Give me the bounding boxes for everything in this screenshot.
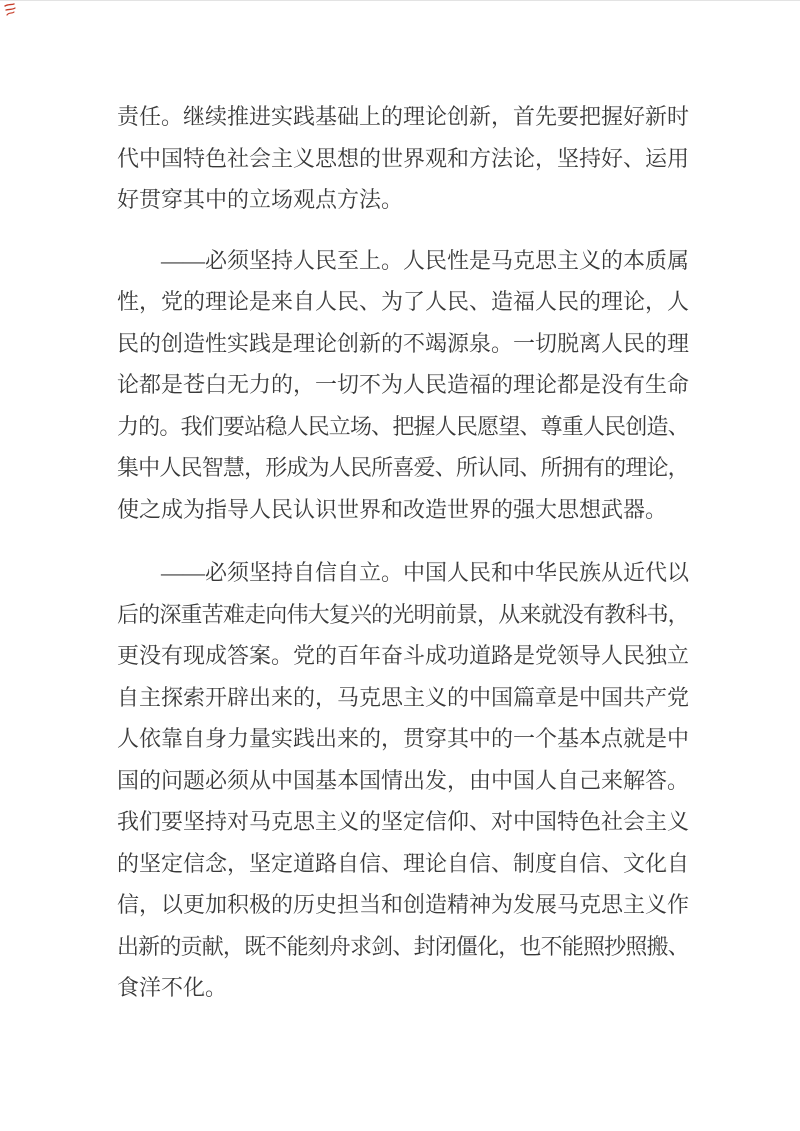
text-line: 自主探索开辟出来的，马克思主义的中国篇章是中国共产党: [117, 677, 689, 719]
text-line: 性，党的理论是来自人民、为了人民、造福人民的理论，人: [117, 281, 689, 323]
text-line: 使之成为指导人民认识世界和改造世界的强大思想武器。: [117, 489, 689, 531]
document-page: { "page": { "background": "#ffffff", "te…: [0, 0, 800, 1131]
text-line: 的坚定信念，坚定道路自信、理论自信、制度自信、文化自: [117, 843, 689, 885]
text-line: 责任。继续推进实践基础上的理论创新，首先要把握好新时: [117, 96, 689, 138]
text-line: 出新的贡献，既不能刻舟求剑、封闭僵化，也不能照抄照搬、: [117, 926, 689, 968]
text-line: 更没有现成答案。党的百年奋斗成功道路是党领导人民独立: [117, 635, 689, 677]
text-line: ——必须坚持人民至上。人民性是马克思主义的本质属: [117, 240, 689, 282]
text-line: 力的。我们要站稳人民立场、把握人民愿望、尊重人民创造、: [117, 406, 689, 448]
red-pen-mark-icon: [3, 2, 17, 18]
text-line: 国的问题必须从中国基本国情出发，由中国人自己来解答。: [117, 760, 689, 802]
text-line: 代中国特色社会主义思想的世界观和方法论，坚持好、运用: [117, 138, 689, 180]
text-line: 后的深重苦难走向伟大复兴的光明前景，从来就没有教科书，: [117, 594, 689, 636]
document-text-block: 责任。继续推进实践基础上的理论创新，首先要把握好新时 代中国特色社会主义思想的世…: [117, 0, 689, 1009]
text-line: 食洋不化。: [117, 967, 689, 1009]
paragraph-3: ——必须坚持自信自立。中国人民和中华民族从近代以 后的深重苦难走向伟大复兴的光明…: [117, 552, 689, 1009]
text-line: 人依靠自身力量实践出来的，贯穿其中的一个基本点就是中: [117, 718, 689, 760]
text-line: ——必须坚持自信自立。中国人民和中华民族从近代以: [117, 552, 689, 594]
text-line: 集中人民智慧，形成为人民所喜爱、所认同、所拥有的理论，: [117, 447, 689, 489]
paragraph-2: ——必须坚持人民至上。人民性是马克思主义的本质属 性，党的理论是来自人民、为了人…: [117, 240, 689, 531]
text-line: 论都是苍白无力的，一切不为人民造福的理论都是没有生命: [117, 364, 689, 406]
text-line: 信，以更加积极的历史担当和创造精神为发展马克思主义作: [117, 884, 689, 926]
paragraph-1: 责任。继续推进实践基础上的理论创新，首先要把握好新时 代中国特色社会主义思想的世…: [117, 96, 689, 221]
text-line: 民的创造性实践是理论创新的不竭源泉。一切脱离人民的理: [117, 323, 689, 365]
text-line: 好贯穿其中的立场观点方法。: [117, 179, 689, 221]
text-line: 我们要坚持对马克思主义的坚定信仰、对中国特色社会主义: [117, 801, 689, 843]
